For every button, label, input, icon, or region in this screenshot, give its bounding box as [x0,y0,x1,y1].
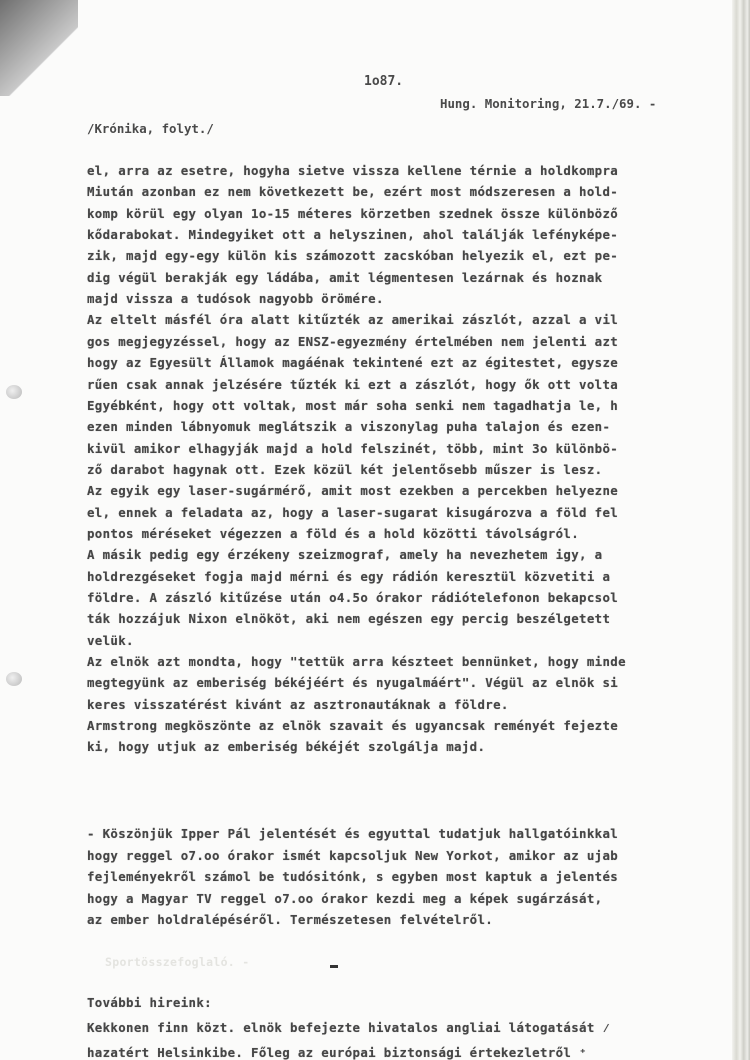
body-line: keres visszatérést kivánt az asztronautá… [87,697,509,712]
body-line: el, arra az esetre, hogyha sietve vissza… [87,163,618,178]
punch-hole [6,385,22,399]
body-line: Az egyik egy laser-sugármérő, amit most … [87,483,618,498]
body-line: Az eltelt másfél óra alatt kitűzték az a… [87,312,618,327]
body-line: holdrezgéseket fogja majd mérni és egy r… [87,569,610,584]
body-line: kődarabokat. Mindegyiket ott a helyszine… [87,227,618,242]
scanned-document-page: Sportösszefoglaló. - 1o87. Hung. Monitor… [0,0,750,1060]
closing-line: fejleményekről számol be tudósitónk, s e… [87,869,618,884]
body-line: velük. [87,633,134,648]
source-header: Hung. Monitoring, 21.7./69. - [440,96,656,111]
body-line: ták hozzájuk Nixon elnököt, aki nem egés… [87,611,610,626]
body-line: dig végül berakják egy ládába, amit légm… [87,270,602,285]
body-line: A másik pedig egy érzékeny szeizmograf, … [87,547,602,562]
section-label: /Krónika, folyt./ [87,121,214,136]
section-separator [330,965,338,968]
body-line: zik, majd egy-egy külön kis számozott za… [87,248,618,263]
folded-corner [0,0,78,96]
body-line: gos megjegyzéssel, hogy az ENSZ-egyezmén… [87,334,618,349]
body-line: Armstrong megköszönte az elnök szavait é… [87,718,618,733]
punch-hole [6,672,22,686]
body-line: megtegyünk az emberiség békéjéért és nyu… [87,675,618,690]
body-line: Egyébként, hogy ott voltak, most már soh… [87,398,618,413]
closing-line: hogy a Magyar TV reggel o7.oo órakor kez… [87,891,602,906]
body-line: pontos méréseket végezzen a föld és a ho… [87,526,579,541]
body-line: kivül amikor elhagyják majd a hold felsz… [87,441,618,456]
body-line: Miután azonban ez nem következett be, ez… [87,184,618,199]
body-line: földre. A zászló kitűzése után o4.5o óra… [87,590,618,605]
body-line: hogy az Egyesült Államok magáénak tekint… [87,355,618,370]
body-line: ző darabot hagynak ott. Ezek közül két j… [87,462,602,477]
body-line: Az elnök azt mondta, hogy "tettük arra k… [87,654,626,669]
body-line: majd vissza a tudósok nagyobb örömére. [87,291,384,306]
body-line: el, ennek a feladata az, hogy a laser-su… [87,505,618,520]
body-line: komp körül egy olyan 1o-15 méteres körze… [87,206,618,221]
page-stack-edge [732,0,750,1060]
page-number: 1o87. [364,74,403,89]
closing-line: az ember holdralépéséről. Természetesen … [87,912,493,927]
closing-line: - Köszönjük Ipper Pál jelentését és egyu… [87,826,618,841]
next-line: Kekkonen finn közt. elnök befejezte hiva… [87,1020,610,1036]
body-line: ki, hogy utjuk az emberiség békéjét szol… [87,739,485,754]
bleed-through-text: Sportösszefoglaló. - [105,955,249,969]
next-heading: További hireink: [87,995,212,1010]
body-line: ezen minden lábnyomuk meglátszik a viszo… [87,419,610,434]
next-line: hazatért Helsinkibe. Főleg az európai bi… [87,1045,587,1060]
closing-line: hogy reggel o7.oo órakor ismét kapcsolju… [87,848,618,863]
body-line: rűen csak annak jelzésére tűzték ki ezt … [87,377,618,392]
